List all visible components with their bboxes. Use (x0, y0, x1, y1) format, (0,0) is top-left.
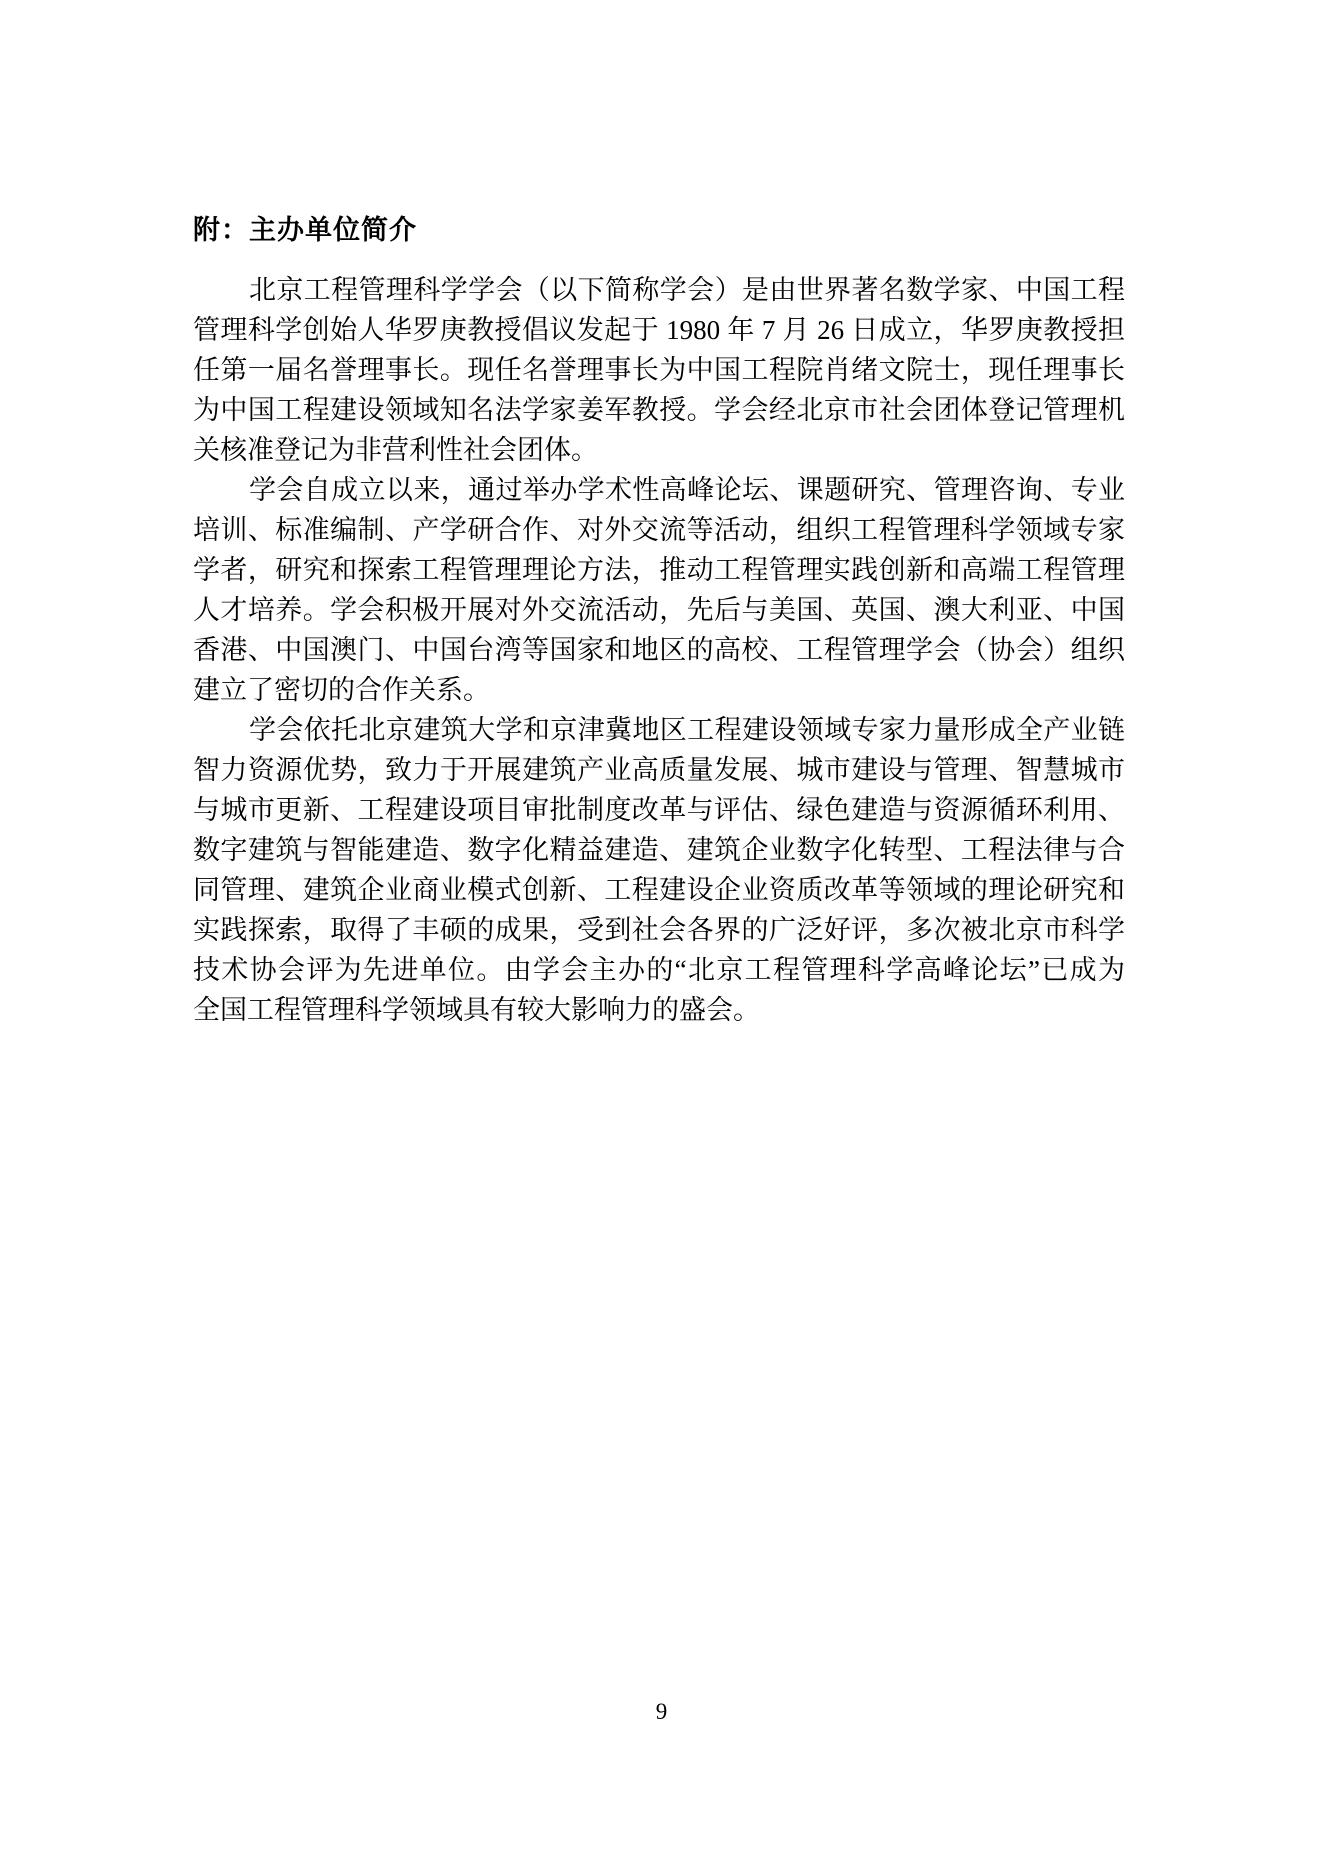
paragraph-line: 全国工程管理科学领域具有较大影响力的盛会。 (193, 990, 1125, 1030)
paragraph-line: 同管理、建筑企业商业模式创新、工程建设企业资质改革等领域的理论研究和 (193, 870, 1125, 910)
paragraph-line: 实践探索，取得了丰硕的成果，受到社会各界的广泛好评，多次被北京市科学 (193, 910, 1125, 950)
paragraph: 北京工程管理科学学会（以下简称学会）是由世界著名数学家、中国工程 管理科学创始人… (193, 270, 1125, 470)
page-number: 9 (0, 1698, 1323, 1726)
paragraph: 学会自成立以来，通过举办学术性高峰论坛、课题研究、管理咨询、专业 培训、标准编制… (193, 470, 1125, 710)
paragraph-line: 培训、标准编制、产学研合作、对外交流等活动，组织工程管理科学领域专家 (193, 510, 1125, 550)
paragraph: 学会依托北京建筑大学和京津冀地区工程建设领域专家力量形成全产业链 智力资源优势，… (193, 710, 1125, 1030)
paragraph-line: 学者，研究和探索工程管理理论方法，推动工程管理实践创新和高端工程管理 (193, 550, 1125, 590)
paragraph-line: 北京工程管理科学学会（以下简称学会）是由世界著名数学家、中国工程 (193, 270, 1125, 310)
paragraph-line: 管理科学创始人华罗庚教授倡议发起于 1980 年 7 月 26 日成立，华罗庚教… (193, 310, 1125, 350)
paragraph-line: 技术协会评为先进单位。由学会主办的“北京工程管理科学高峰论坛”已成为 (193, 950, 1125, 990)
paragraph-line: 关核准登记为非营利性社会团体。 (193, 430, 1125, 470)
section-heading: 附：主办单位简介 (193, 212, 1125, 248)
paragraph-line: 任第一届名誉理事长。现任名誉理事长为中国工程院肖绪文院士，现任理事长 (193, 350, 1125, 390)
document-page: 附：主办单位简介 北京工程管理科学学会（以下简称学会）是由世界著名数学家、中国工… (0, 0, 1323, 1871)
document-content: 附：主办单位简介 北京工程管理科学学会（以下简称学会）是由世界著名数学家、中国工… (193, 212, 1125, 1030)
paragraph-line: 为中国工程建设领域知名法学家姜军教授。学会经北京市社会团体登记管理机 (193, 390, 1125, 430)
paragraph-line: 智力资源优势，致力于开展建筑产业高质量发展、城市建设与管理、智慧城市 (193, 750, 1125, 790)
paragraph-line: 学会依托北京建筑大学和京津冀地区工程建设领域专家力量形成全产业链 (193, 710, 1125, 750)
paragraph-line: 数字建筑与智能建造、数字化精益建造、建筑企业数字化转型、工程法律与合 (193, 830, 1125, 870)
paragraph-line: 学会自成立以来，通过举办学术性高峰论坛、课题研究、管理咨询、专业 (193, 470, 1125, 510)
paragraph-line: 与城市更新、工程建设项目审批制度改革与评估、绿色建造与资源循环利用、 (193, 790, 1125, 830)
paragraph-line: 香港、中国澳门、中国台湾等国家和地区的高校、工程管理学会（协会）组织 (193, 630, 1125, 670)
paragraph-line: 人才培养。学会积极开展对外交流活动，先后与美国、英国、澳大利亚、中国 (193, 590, 1125, 630)
paragraph-line: 建立了密切的合作关系。 (193, 670, 1125, 710)
document-body: 北京工程管理科学学会（以下简称学会）是由世界著名数学家、中国工程 管理科学创始人… (193, 270, 1125, 1030)
